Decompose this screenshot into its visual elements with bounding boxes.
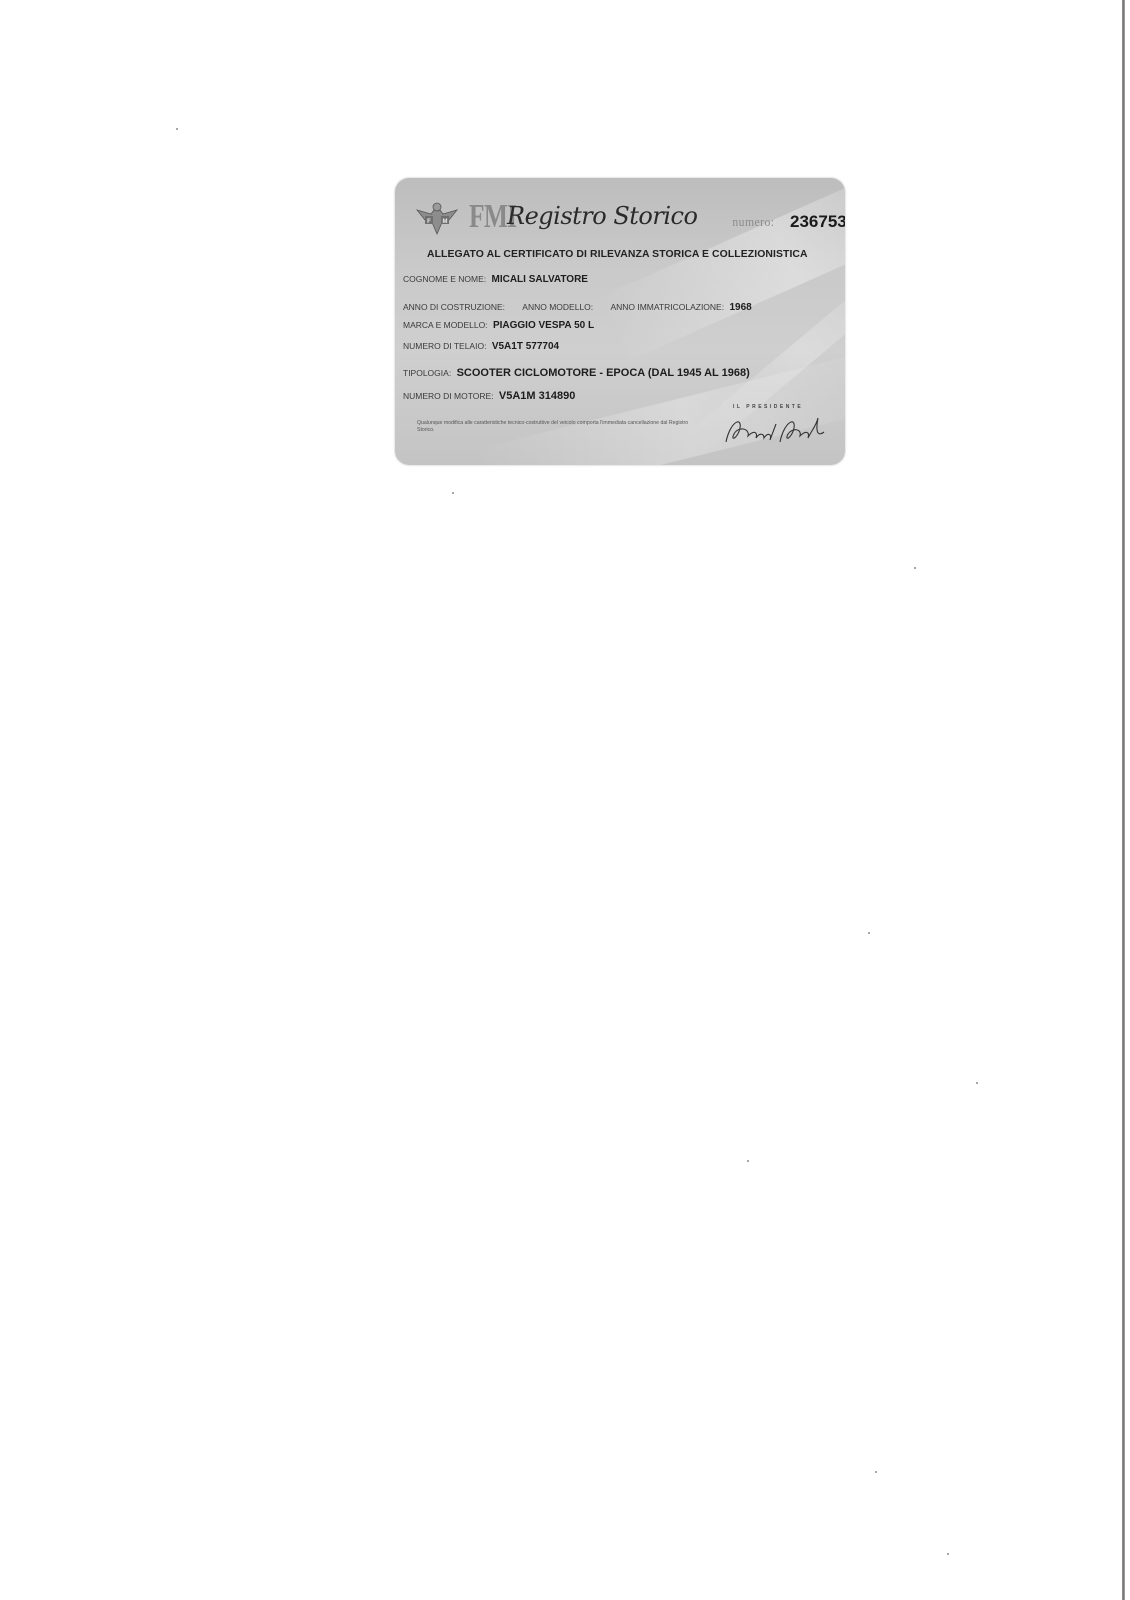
disclaimer-text: Qualunque modifica alle caratteristiche … [417,420,707,434]
field-label: MARCA E MODELLO: [403,320,488,330]
field-value: V5A1M 314890 [499,390,575,402]
registro-storico-logo: Registro Storico [507,202,697,230]
scan-speck [176,128,178,130]
field-cognome-nome: COGNOME E NOME: MICALI SALVATORE [403,274,588,285]
president-label: IL PRESIDENTE [733,404,803,410]
field-value: V5A1T 577704 [492,341,559,352]
numero-value: 236753 [790,212,845,232]
scan-speck [976,1082,978,1084]
scan-speck [747,1160,749,1162]
field-label: TIPOLOGIA: [403,368,451,378]
field-numero-motore: NUMERO DI MOTORE: V5A1M 314890 [403,390,575,402]
field-label-anno-costruzione: ANNO DI COSTRUZIONE: [403,302,505,312]
scan-speck [868,932,870,934]
scan-speck [947,1553,949,1555]
field-numero-telaio: NUMERO DI TELAIO: V5A1T 577704 [403,341,559,352]
scan-edge [1122,0,1125,1600]
field-anni: ANNO DI COSTRUZIONE: ANNO MODELLO: ANNO … [403,302,752,313]
svg-text:M: M [443,219,448,225]
field-marca-modello: MARCA E MODELLO: PIAGGIO VESPA 50 L [403,320,594,331]
field-value: PIAGGIO VESPA 50 L [493,320,594,331]
field-label: COGNOME E NOME: [403,274,486,284]
field-label: NUMERO DI MOTORE: [403,391,494,401]
scan-speck [875,1471,877,1473]
numero-label: numero: [732,214,774,230]
field-label-anno-modello: ANNO MODELLO: [522,302,593,312]
field-value-anno-immatricolazione: 1968 [729,302,751,313]
signature-icon [720,412,830,448]
fmi-emblem-icon: F M [415,200,459,236]
scan-speck [452,492,454,494]
field-label: NUMERO DI TELAIO: [403,341,486,351]
card-title: ALLEGATO AL CERTIFICATO DI RILEVANZA STO… [427,249,808,260]
svg-text:F: F [427,219,431,225]
field-label-anno-immatricolazione: ANNO IMMATRICOLAZIONE: [610,302,724,312]
field-tipologia: TIPOLOGIA: SCOOTER CICLOMOTORE - EPOCA (… [403,367,750,379]
registro-storico-card: F M FMI Registro Storico numero: 236753 … [395,178,845,465]
field-value: MICALI SALVATORE [492,274,588,285]
card-header: F M FMI Registro Storico numero: 236753 [415,198,835,238]
scan-speck [914,567,916,569]
field-value: SCOOTER CICLOMOTORE - EPOCA (DAL 1945 AL… [457,367,750,379]
